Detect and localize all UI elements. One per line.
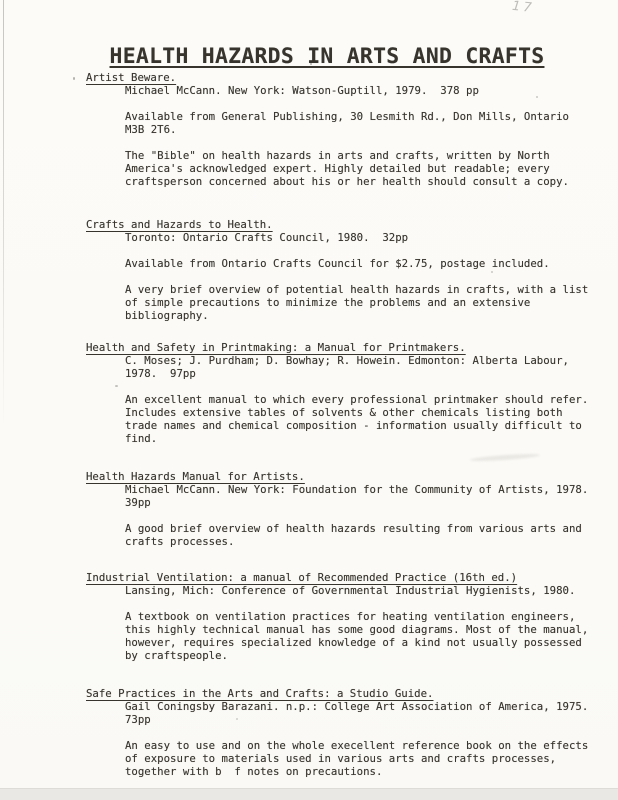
entry-paragraph: Available from Ontario Crafts Council fo… [125, 257, 602, 270]
page-title: HEALTH HAZARDS IN ARTS AND CRAFTS [86, 50, 568, 63]
scan-speck [310, 63, 312, 65]
scan-smudge [470, 453, 540, 463]
scan-speck [536, 96, 538, 98]
entry-title: Health and Safety in Printmaking: a Manu… [86, 341, 602, 354]
bibliography-entry-industrial-ventilation: Industrial Ventilation: a manual of Reco… [86, 571, 602, 662]
bibliography-entry-health-hazards-manual: Health Hazards Manual for Artists. Micha… [86, 470, 602, 548]
entry-citation: Toronto: Ontario Crafts Council, 1980. 3… [125, 231, 602, 244]
entry-paragraph: An excellent manual to which every profe… [125, 393, 602, 445]
scan-speck [236, 718, 238, 720]
entry-citation: Michael McCann. New York: Watson-Guptill… [125, 84, 602, 97]
scan-speck [491, 271, 493, 273]
entry-citation: C. Moses; J. Purdham; D. Bowhay; R. Howe… [125, 354, 602, 380]
bibliography-entry-printmaking: Health and Safety in Printmaking: a Manu… [86, 341, 602, 445]
scan-speck [73, 77, 75, 80]
pencil-annotation: 17 [511, 0, 535, 15]
entry-title: Crafts and Hazards to Health. [86, 218, 602, 231]
entry-paragraph: A textbook on ventilation practices for … [125, 610, 602, 662]
scan-edge-line [3, 0, 4, 430]
scanned-document-page: 17 HEALTH HAZARDS IN ARTS AND CRAFTS Art… [0, 0, 618, 800]
entry-paragraph: The "Bible" on health hazards in arts an… [125, 149, 602, 188]
entry-title: Safe Practices in the Arts and Crafts: a… [86, 687, 602, 700]
bibliography-entry-artist-beware: Artist Beware. Michael McCann. New York:… [86, 71, 602, 188]
entry-title: Industrial Ventilation: a manual of Reco… [86, 571, 602, 584]
entry-title: Artist Beware. [86, 71, 602, 84]
entry-citation: Michael McCann. New York: Foundation for… [125, 483, 602, 509]
entry-paragraph: A very brief overview of potential healt… [125, 283, 602, 322]
scan-bottom-edge [0, 788, 618, 800]
scan-speck [115, 385, 118, 387]
entry-citation: Lansing, Mich: Conference of Governmenta… [125, 584, 602, 597]
entry-paragraph: Available from General Publishing, 30 Le… [125, 110, 602, 136]
entry-citation: Gail Coningsby Barazani. n.p.: College A… [125, 700, 602, 726]
entry-paragraph: An easy to use and on the whole execelle… [125, 739, 602, 778]
bibliography-entry-crafts-and-hazards: Crafts and Hazards to Health. Toronto: O… [86, 218, 602, 322]
entry-title: Health Hazards Manual for Artists. [86, 470, 602, 483]
entry-paragraph: A good brief overview of health hazards … [125, 522, 602, 548]
bibliography-entry-safe-practices: Safe Practices in the Arts and Crafts: a… [86, 687, 602, 778]
